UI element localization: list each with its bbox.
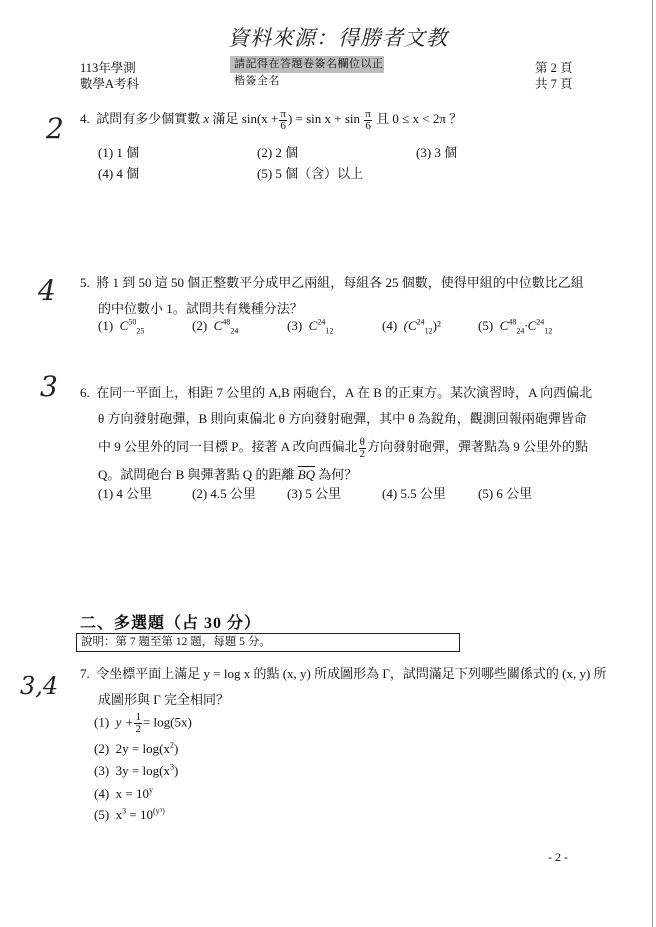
q6-option-2: (2) 4.5 公里 [192, 483, 256, 502]
stem-text: 在同一平面上，相距 7 公里的 A,B 兩砲台，A 在 B 的正東方。某次演習時… [96, 385, 592, 400]
page-info: 第 2 頁 共 7 頁 [535, 60, 573, 92]
question-7-stem: 7. 令坐標平面上滿足 y = log x 的點 (x, y) 所成圖形為 Γ，… [80, 661, 640, 713]
source-handwritten-title: 資料來源：得勝者文教 [228, 22, 448, 52]
q5-option-5: (5) C4824·C2412 [478, 318, 552, 334]
q7-option-5: (5) x3 = 10(y³) [94, 807, 165, 823]
stem-text: θ 方向發射砲彈，B 則向東偏北 θ 方向發射砲彈，其中 θ 為銳角，觀測回報兩… [80, 406, 640, 432]
stem-text: 將 1 到 50 這 50 個正整數平分成甲乙兩組，每組各 25 個數，使得甲組… [96, 275, 584, 290]
q6-option-3: (3) 5 公里 [287, 483, 341, 502]
stem-text: 且 0 ≤ x < 2π ？ [376, 111, 462, 126]
stem-text: 的中位數小 1。試問共有幾種分法？ [80, 296, 640, 322]
stem-text: Q。試問砲台 B 與彈著點 Q 的距離 BQ 為何？ [80, 462, 640, 488]
signature-notice: 請記得在答題卷簽名欄位以正楷簽全名 [230, 56, 384, 73]
stem-text: 成圖形與 Γ 完全相同？ [80, 687, 640, 713]
q6-option-1: (1) 4 公里 [98, 483, 152, 502]
q4-option-4: (4) 4 個 [98, 163, 139, 182]
q5-option-1: (1) C5025 [98, 318, 144, 334]
fraction: π6 [279, 109, 287, 132]
q6-option-4: (4) 5.5 公里 [382, 483, 446, 502]
handwritten-answer-q7: 3,4 [20, 672, 58, 700]
exam-info: 113年學測 數學A考科 [80, 60, 139, 92]
stem-text: 令坐標平面上滿足 y = log x 的點 (x, y) 所成圖形為 Γ，試問滿… [96, 666, 606, 681]
section-title: 二、多選題（占 30 分） [80, 610, 261, 633]
question-4-stem: 4. 試問有多少個實數 x 滿足 sin(x +π6) = sin x + si… [80, 106, 462, 132]
q4-option-1: (1) 1 個 [98, 142, 139, 161]
q6-option-5: (5) 6 公里 [478, 483, 532, 502]
q5-option-2: (2) C4824 [192, 318, 238, 334]
math-expr: ) = sin x + sin [288, 111, 360, 126]
math-var: x [204, 111, 210, 126]
page-edge-line [652, 0, 653, 927]
question-number: 7. [80, 666, 90, 681]
q4-option-5: (5) 5 個（含）以上 [257, 163, 363, 182]
fraction: π6 [364, 109, 372, 132]
question-6-stem: 6. 在同一平面上，相距 7 公里的 A,B 兩砲台，A 在 B 的正東方。某次… [80, 380, 640, 488]
q7-option-2: (2) 2y = log(x2) [94, 741, 178, 757]
handwritten-answer-q4: 2 [46, 112, 64, 145]
math-expr: 滿足 sin(x + [213, 111, 279, 126]
q4-option-2: (2) 2 個 [257, 142, 298, 161]
q7-option-4: (4) x = 10y [94, 786, 153, 802]
page-number: - 2 - [548, 850, 568, 865]
page-label: 第 2 頁 [535, 60, 573, 76]
handwritten-answer-q6: 3 [40, 370, 58, 403]
question-5-stem: 5. 將 1 到 50 這 50 個正整數平分成甲乙兩組，每組各 25 個數，使… [80, 270, 640, 322]
exam-year: 113年學測 [80, 60, 139, 76]
exam-subject: 數學A考科 [80, 76, 139, 92]
section-note: 說明：第 7 題至第 12 題，每題 5 分。 [76, 633, 460, 652]
stem-text: 試問有多少個實數 [96, 111, 200, 126]
total-pages-label: 共 7 頁 [535, 76, 573, 92]
question-number: 4. [80, 111, 90, 126]
handwritten-answer-q5: 4 [38, 274, 56, 307]
q7-option-3: (3) 3y = log(x3) [94, 763, 178, 779]
q4-option-3: (3) 3 個 [416, 142, 457, 161]
stem-text: 中 9 公里外的同一目標 P。接著 A 改向西偏北θ2方向發射砲彈，彈著點為 9… [80, 432, 640, 462]
question-number: 6. [80, 385, 90, 400]
q5-option-4: (4) (C2412)² [382, 318, 441, 334]
q5-option-3: (3) C2412 [287, 318, 333, 334]
q7-option-1: (1) y +12= log(5x) [94, 712, 192, 735]
question-number: 5. [80, 275, 90, 290]
